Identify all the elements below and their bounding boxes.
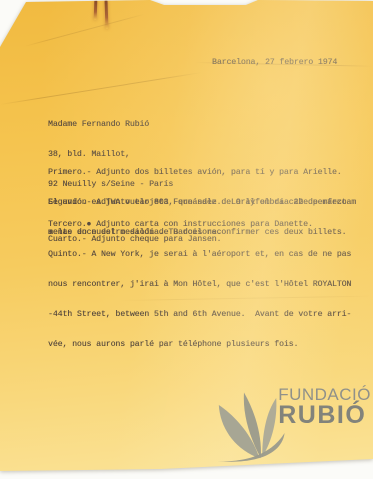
paragraph-line: Primero.- Adjunto dos billetes avión, pa… [48,168,346,178]
paragraph-quinto: Quinto.- A New York, je serai à l'aéropo… [48,230,351,370]
paragraph-line: -44th Street, between 5th and 6th Avenue… [48,310,351,320]
scanned-letter-page: Barcelona, 27 febrero 1974 Madame Fernan… [0,0,373,479]
paragraph-line: Quinto.- A New York, je serai à l'aéropo… [48,250,351,260]
leaf-icon [216,388,286,462]
paper-crease [24,14,145,47]
fundacio-rubio-logo: FUNDACIÓ RUBIÓ [216,386,371,462]
staple-rust-mark [94,0,97,20]
paragraph-line: vée, nous aurons parlé par téléphone plu… [48,340,351,350]
staple-rust-mark [104,0,108,29]
recipient-name: Madame Fernando Rubió [48,120,173,130]
dateline: Barcelona, 27 febrero 1974 [212,58,337,68]
logo-wordmark: FUNDACIÓ RUBIÓ [278,386,371,428]
logo-line-rubio: RUBIÓ [278,403,366,428]
paragraph-line: nous rencontrer, j'irai à Mon Hôtel, que… [48,280,351,290]
